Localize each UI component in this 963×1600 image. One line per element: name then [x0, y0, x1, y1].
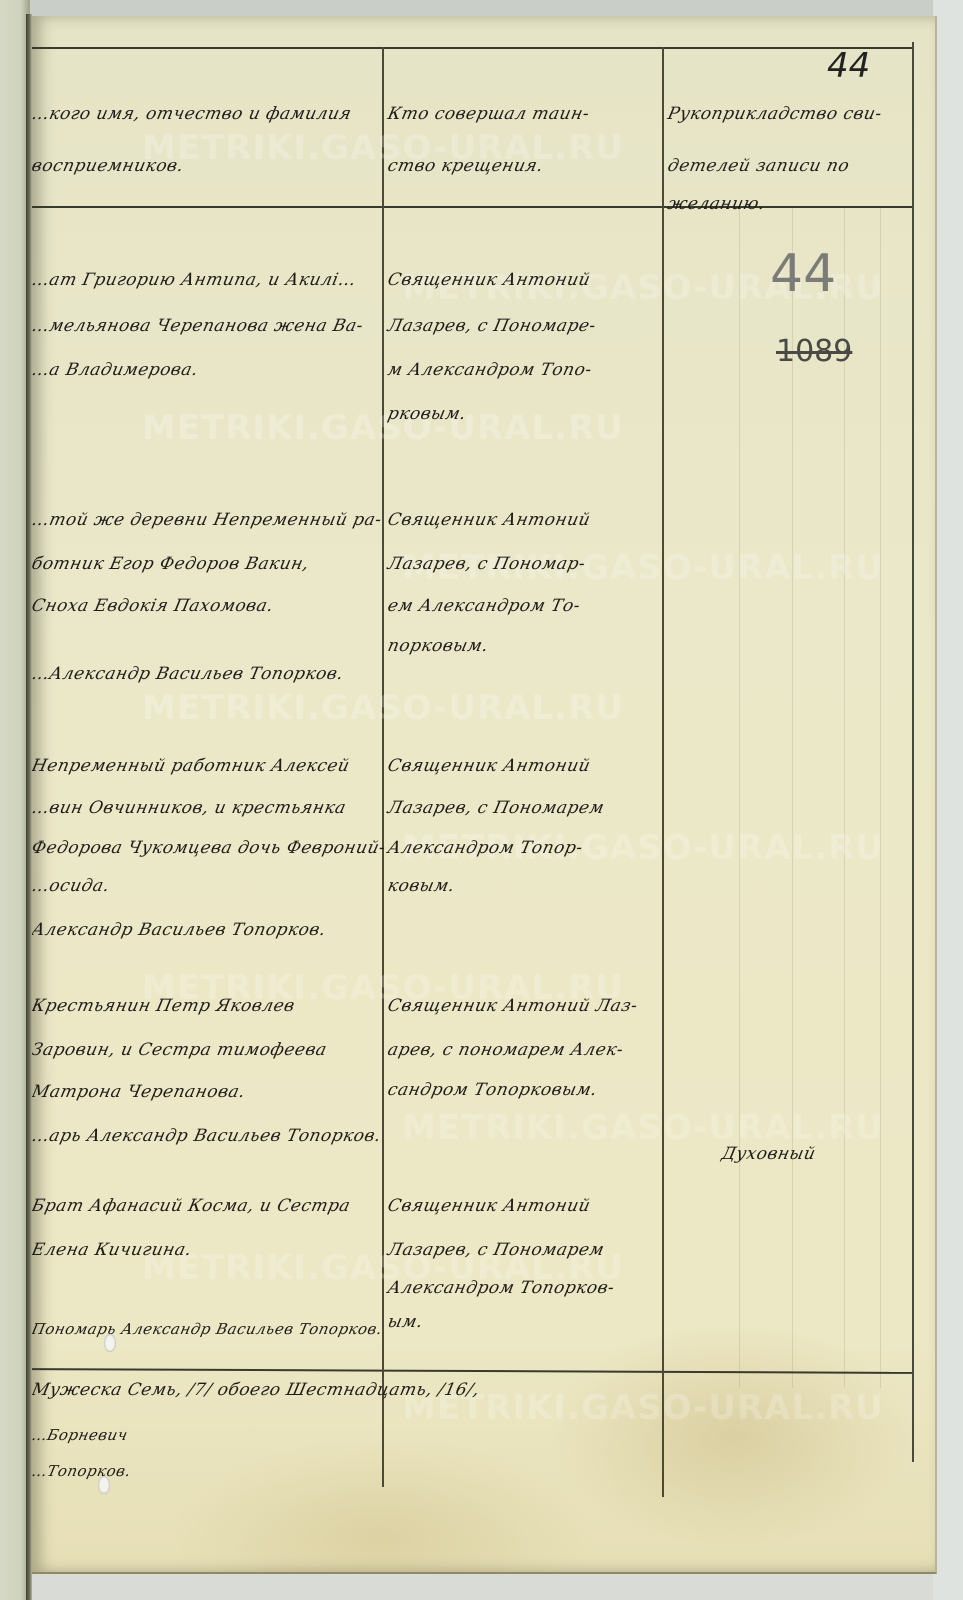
footer-signature-line1: …Борневич: [30, 1426, 129, 1444]
entry-5-col2-line1: Священник Антоний: [386, 1196, 592, 1216]
header-bottom-rule: [32, 206, 912, 208]
footer-signature-line2: …Топорков.: [30, 1462, 133, 1480]
faint-rule: [880, 208, 881, 1388]
entry-1-col2-line2: Лазарев, с Пономаре-: [386, 316, 598, 336]
entry-3-col2-line2: Лазарев, с Пономарем: [386, 798, 606, 818]
entry-1-col2-line1: Священник Антоний: [386, 270, 592, 290]
entry-3-col1-line5: Александр Васильев Топорков.: [30, 920, 328, 940]
entry-1-col2-line3: м Александром Топо-: [386, 360, 594, 380]
entry-2-col2-line3: ем Александром То-: [386, 596, 582, 616]
faint-rule: [844, 208, 845, 1388]
header-top-rule: [32, 47, 912, 49]
entry-2-col2-line1: Священник Антоний: [386, 510, 592, 530]
header-col3-line2: детелей записи по: [666, 156, 851, 176]
entry-1-col1-line3: …а Владимерова.: [30, 360, 200, 380]
punch-hole: [104, 1334, 116, 1352]
entry-3-col2-line3: Александром Топор-: [386, 838, 585, 858]
scan-background-right: [933, 0, 963, 1600]
watermark: METRIKI.GASO-URAL.RU: [142, 128, 624, 168]
page-number: 44: [827, 46, 870, 86]
footer-summary: Мужеска Семь, /7/ обоего Шестнадцать, /1…: [30, 1380, 482, 1400]
entry-4-col1-line2: Заровин, и Сестра тимофеева: [30, 1040, 329, 1060]
column-divider-2: [662, 47, 664, 1497]
entry-3-col1-line2: …вин Овчинников, и крестьянка: [30, 798, 348, 818]
entry-1-col1-line2: …мельянова Черепанова жена Ва-: [30, 316, 365, 336]
entry-5-col1-line2: Елена Кичигина.: [30, 1240, 194, 1260]
entry-4-col3-signature: Духовный: [720, 1144, 818, 1164]
faint-rule: [792, 208, 793, 1388]
right-border: [912, 42, 914, 1462]
entry-2-col1-line4: …Александр Васильев Топорков.: [30, 664, 345, 684]
entry-1-col2-line4: рковым.: [386, 404, 468, 424]
entry-5-col2-line4: ым.: [386, 1312, 425, 1332]
entry-5-col2-line2: Лазарев, с Пономарем: [386, 1240, 606, 1260]
entry-4-col2-line2: арев, с пономарем Алек-: [386, 1040, 625, 1060]
entry-4-col2-line3: сандром Топорковым.: [386, 1080, 599, 1100]
entry-3-col1-line1: Непременный работник Алексей: [30, 756, 352, 776]
watermark: METRIKI.GASO-URAL.RU: [402, 1108, 884, 1148]
old-folio-number: 1089: [776, 334, 852, 369]
entry-4-col1-line3: Матрона Черепанова.: [30, 1082, 247, 1102]
entry-3-col1-line3: Федорова Чукомцева дочь Февроний-: [30, 838, 388, 858]
header-col2-line2: ство крещения.: [386, 156, 545, 176]
entry-4-col2-line1: Священник Антоний Лаз-: [386, 996, 640, 1016]
header-col1-line2: восприемников.: [30, 156, 186, 176]
punch-hole: [98, 1476, 110, 1494]
footer-rule: [32, 1368, 912, 1374]
entry-2-col2-line2: Лазарев, с Пономар-: [386, 554, 587, 574]
pencil-page-number: 44: [770, 244, 836, 304]
book-binding: [26, 14, 32, 1600]
header-col1-line1: …кого имя, отчество и фамилия: [30, 104, 354, 124]
faint-rule: [739, 208, 740, 1388]
header-col2-line1: Кто совершал таин-: [386, 104, 591, 124]
entry-2-col2-line4: порковым.: [386, 636, 490, 656]
entry-3-col2-line4: ковым.: [386, 876, 457, 896]
entry-5-col1-line1: Брат Афанасий Косма, и Сестра: [30, 1196, 352, 1216]
header-col3-line1: Рукоприкладство сви-: [666, 104, 884, 124]
entry-3-col2-line1: Священник Антоний: [386, 756, 592, 776]
entry-5-col2-line3: Александром Топорков-: [386, 1278, 617, 1298]
entry-2-col1-line3: Сноха Евдокія Пахомова.: [30, 596, 275, 616]
watermark: METRIKI.GASO-URAL.RU: [142, 408, 624, 448]
entry-3-col1-line4: …осида.: [30, 876, 112, 896]
entry-1-col1-line1: …ат Григорию Антипа, и Акилі…: [30, 270, 358, 290]
entry-5-col1-line3: Пономарь Александр Васильев Топорков.: [30, 1320, 384, 1338]
entry-2-col1-line2: ботник Егор Федоров Вакин,: [30, 554, 311, 574]
document-page: METRIKI.GASO-URAL.RU METRIKI.GASO-URAL.R…: [32, 16, 937, 1574]
header-col3-line3: желанию.: [666, 194, 767, 214]
entry-4-col1-line1: Крестьянин Петр Яковлев: [30, 996, 297, 1016]
entry-2-col1-line1: …той же деревни Непременный ра-: [30, 510, 384, 530]
entry-4-col1-line4: …арь Александр Васильев Топорков.: [30, 1126, 383, 1146]
watermark: METRIKI.GASO-URAL.RU: [142, 688, 624, 728]
